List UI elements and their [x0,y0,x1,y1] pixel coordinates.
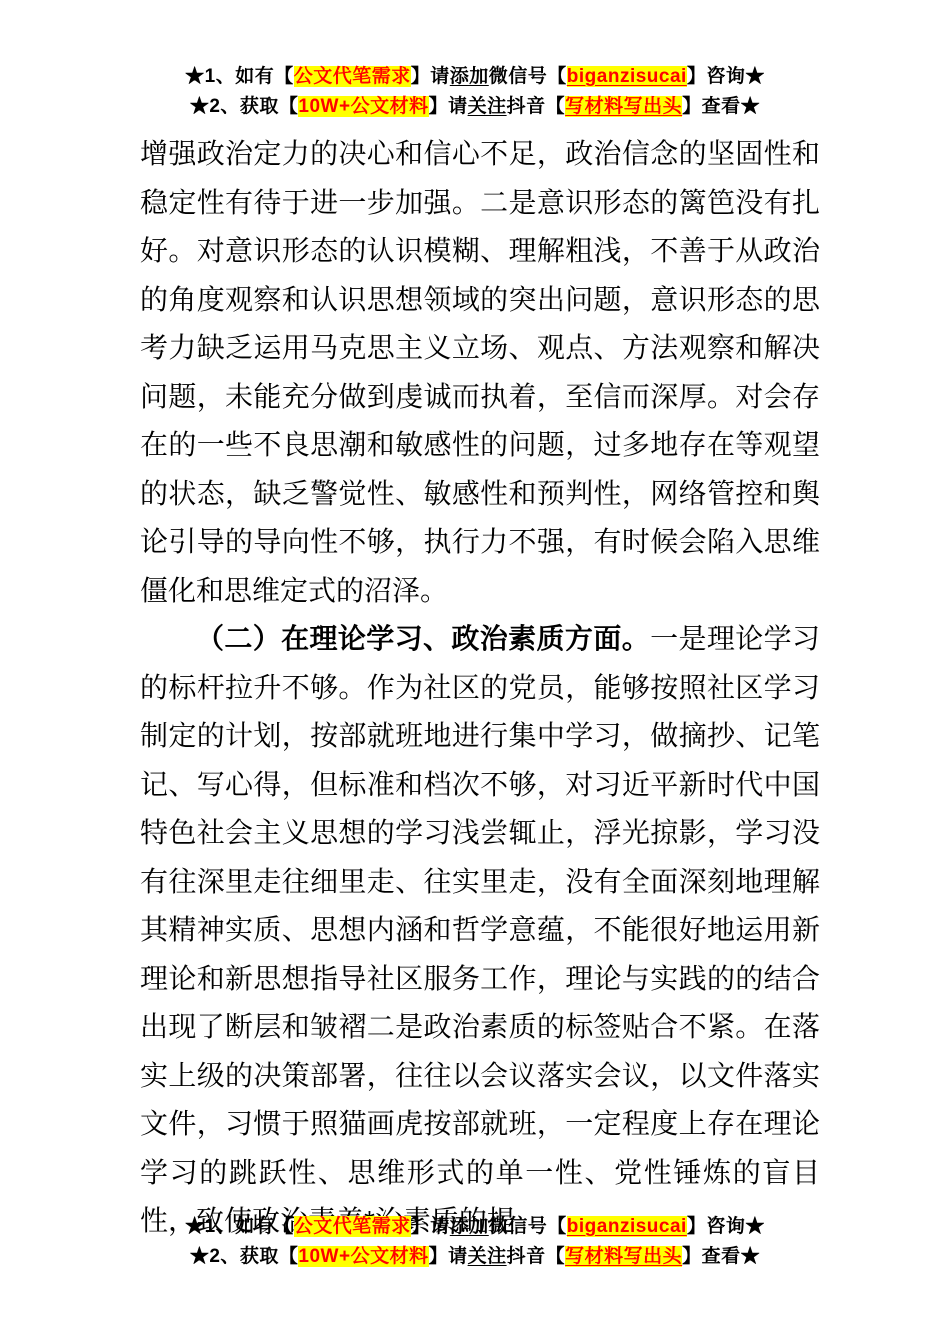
promo-banner-bottom-line-1: ★1、如有【公文代笔需求】请添加微信号【biganzisucai】咨询★ [0,1212,950,1242]
promo-banner-bottom: ★1、如有【公文代笔需求】请添加微信号【biganzisucai】咨询★ ★2、… [0,1212,950,1272]
text-segment: 】查看★ [682,1246,760,1267]
text-segment: 关注 [468,1246,507,1267]
text-segment: 10W+公文材料 [298,1246,428,1267]
text-segment: biganzisucai [567,1216,687,1237]
text-segment: 公文代笔需求 [294,66,411,87]
text-segment: ★2、获取【 [190,96,299,117]
text-segment: 】请 [429,1246,468,1267]
paragraph-section-2: （二）在理论学习、政治素质方面。一是理论学习的标杆拉升不够。作为社区的党员，能够… [140,615,820,1246]
document-page: ★1、如有【公文代笔需求】请添加微信号【biganzisucai】咨询★ ★2、… [0,0,950,1344]
text-segment: 关注 [468,96,507,117]
text-segment: 增强政治定力的决心和信心不足，政治信念的坚固性和稳定性有待于进一步加强。二是意识… [140,138,820,606]
text-segment: 】查看★ [682,96,760,117]
text-segment: 微信号【 [489,1216,567,1237]
text-segment: 添加 [450,1216,489,1237]
text-segment: 添加 [450,66,489,87]
paragraph-continuation: 增强政治定力的决心和信心不足，政治信念的坚固性和稳定性有待于进一步加强。二是意识… [140,130,820,615]
text-segment: ★1、如有【 [185,66,294,87]
text-segment: 】请 [411,1216,450,1237]
text-segment: 写材料写出头 [565,1246,682,1267]
promo-banner-bottom-line-2: ★2、获取【10W+公文材料】请关注抖音【写材料写出头】查看★ [0,1242,950,1272]
text-segment: 10W+公文材料 [298,96,428,117]
text-segment: 】咨询★ [687,1216,765,1237]
promo-banner-top-line-1: ★1、如有【公文代笔需求】请添加微信号【biganzisucai】咨询★ [0,62,950,92]
text-segment: 公文代笔需求 [294,1216,411,1237]
text-segment: 】咨询★ [687,66,765,87]
promo-banner-top: ★1、如有【公文代笔需求】请添加微信号【biganzisucai】咨询★ ★2、… [0,0,950,122]
text-segment: 】请 [429,96,468,117]
text-segment: biganzisucai [567,66,687,87]
document-body: 增强政治定力的决心和信心不足，政治信念的坚固性和稳定性有待于进一步加强。二是意识… [140,130,820,1246]
text-segment: 抖音【 [507,1246,566,1267]
text-segment: 一是理论学习的标杆拉升不够。作为社区的党员，能够按照社区学习制定的计划，按部就班… [140,623,820,1236]
text-segment: 微信号【 [489,66,567,87]
text-segment: （二）在理论学习、政治素质方面。 [196,623,650,654]
promo-banner-top-line-2: ★2、获取【10W+公文材料】请关注抖音【写材料写出头】查看★ [0,92,950,122]
text-segment: ★1、如有【 [185,1216,294,1237]
text-segment: 抖音【 [507,96,566,117]
text-segment: ★2、获取【 [190,1246,299,1267]
text-segment: 】请 [411,66,450,87]
text-segment: 写材料写出头 [565,96,682,117]
